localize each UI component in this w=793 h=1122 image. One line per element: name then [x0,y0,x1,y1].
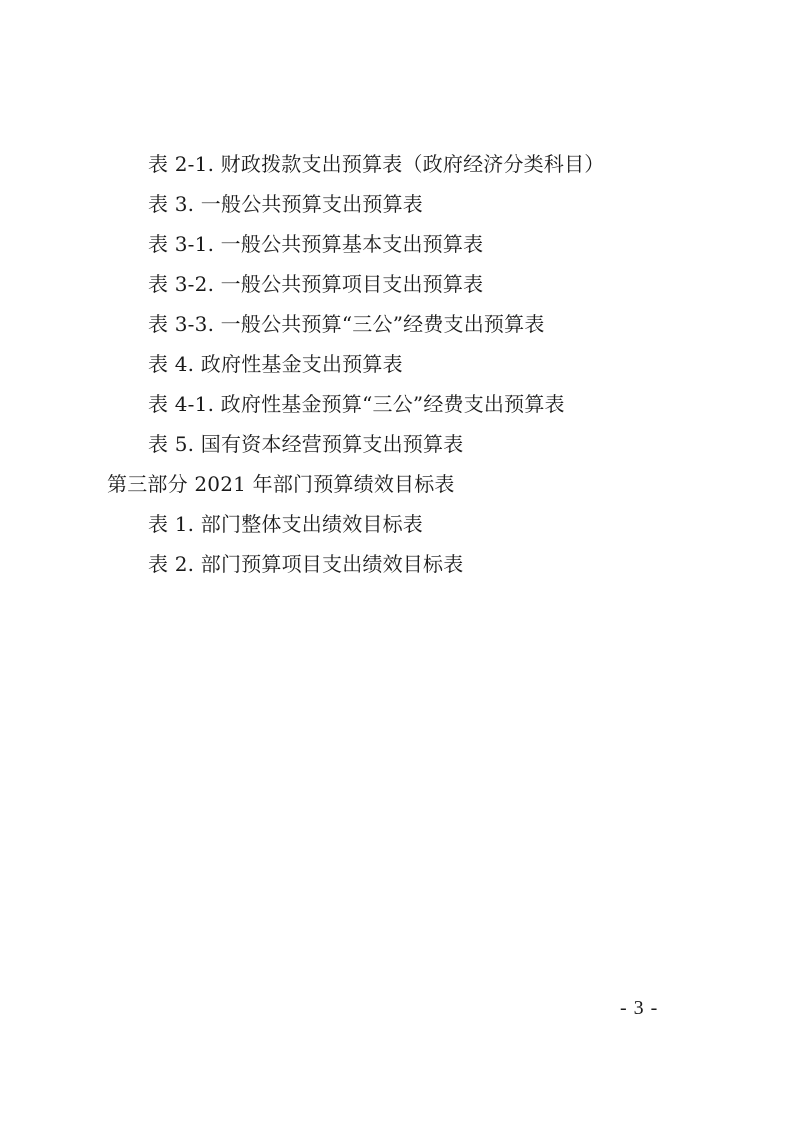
toc-section-part-three: 第三部分 2021 年部门预算绩效目标表 [107,468,455,500]
toc-entry-table-5: 表 5. 国有资本经营预算支出预算表 [148,428,463,460]
toc-entry-table-4-1: 表 4-1. 政府性基金预算“三公”经费支出预算表 [148,388,565,420]
toc-entry-performance-table-2: 表 2. 部门预算项目支出绩效目标表 [148,548,463,580]
toc-entry-table-3-3: 表 3-3. 一般公共预算“三公”经费支出预算表 [148,308,545,340]
toc-entry-table-2-1: 表 2-1. 财政拨款支出预算表（政府经济分类科目） [148,148,604,180]
toc-entry-table-3: 表 3. 一般公共预算支出预算表 [148,188,423,220]
toc-entry-table-3-2: 表 3-2. 一般公共预算项目支出预算表 [148,268,483,300]
document-page: 表 2-1. 财政拨款支出预算表（政府经济分类科目） 表 3. 一般公共预算支出… [0,0,793,1122]
toc-entry-table-4: 表 4. 政府性基金支出预算表 [148,348,403,380]
page-number: - 3 - [620,994,690,1022]
toc-entry-performance-table-1: 表 1. 部门整体支出绩效目标表 [148,508,423,540]
toc-entry-table-3-1: 表 3-1. 一般公共预算基本支出预算表 [148,228,483,260]
